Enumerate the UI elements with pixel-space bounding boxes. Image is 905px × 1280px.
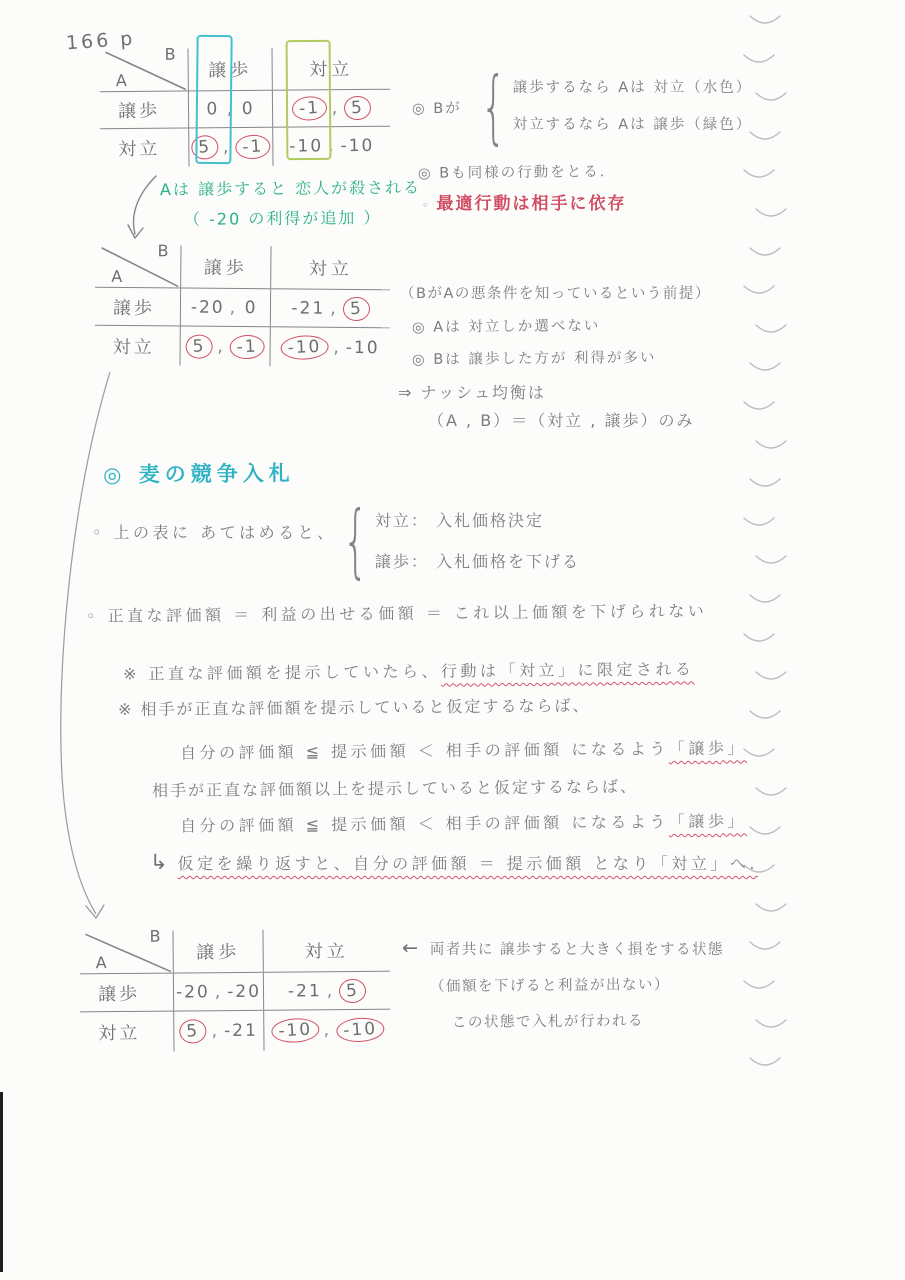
payoff-cell: -21,5 [270,289,390,327]
comma: , [215,982,223,1002]
page-curl-mark [748,709,782,728]
page-curl-mark [742,863,776,882]
col-header: 譲歩 [172,930,262,973]
note-premise: （BがAの悪条件を知っているという前提） [400,282,711,303]
payoff-value: -10 [335,1016,384,1043]
note-assume-above: 相手が正直な評価額以上を提示していると仮定するならば、 [152,774,638,801]
page-curl-mark [748,361,782,380]
payoff-value: -1 [235,134,271,160]
payoff-value: -21 [291,298,325,318]
inequality-concede: 「譲歩」 [669,812,747,832]
payoff-value: 5 [185,334,213,359]
payoff-cell: 5,-21 [173,1011,263,1052]
page-curl-mark [742,284,776,303]
payoff-cell: -20,-20 [173,973,263,1011]
payoff-value: -20 [176,982,210,1002]
row-header: 譲歩 [80,974,173,1012]
payoff-table-1: B A 譲歩 対立 譲歩 0,0 -1,5 対立 5,-1 -10,-10 [99,47,390,168]
note-honest-value: ◦ 正直な評価額 ＝ 利益の出せる価額 ＝ これ以上価額を下げられない [86,598,708,626]
note-both-lose-2: （価額を下げると利益が出ない） [430,973,670,996]
note-b-same: ◎ Bも同様の行動をとる. [418,160,607,183]
page-curl-mark [754,902,788,921]
payoff-value: -10 [280,334,329,360]
row-header: 対立 [100,128,188,167]
page-curl-mark [742,168,776,187]
bullet: ◦ [422,199,429,212]
corner-label-b: B [149,927,162,946]
page-curl-mark [754,91,788,110]
page-curl-mark [742,53,776,72]
notebook-page: 166 p B A 譲歩 対立 譲歩 0,0 -1,5 対立 5,-1 -10,… [0,0,905,1280]
payoff-value: -10 [270,1017,319,1044]
payoff-value: -1 [229,334,265,360]
payoff-value: -21 [224,1021,258,1041]
highlight-green-conflict-column [286,40,332,160]
brace-icon: { [480,71,505,143]
row-header: 譲歩 [100,91,188,128]
note-b-strategy-prefix: ◎ Bが [412,97,462,118]
payoff-table-3: B A 譲歩 対立 譲歩 -20,-20 -21,5 対立 5,-21 -10,… [79,929,390,1053]
note-conclusion-text: 仮定を繰り返すと、自分の評価額 ＝ 提示価額 となり「対立」へ. [178,854,758,873]
note-nash-line2: （A , B）＝（対立 , 譲歩）のみ [428,408,694,431]
note-both-lose-3: この状態で入札が行われる [452,1009,644,1032]
payoff-value: -10 [340,136,374,156]
corner-label-b: B [157,241,170,260]
page-curl-mark [748,477,782,496]
payoff-value: -10 [346,337,380,357]
comma: , [230,297,238,317]
comma: , [212,1021,220,1041]
page-curl-mark [748,246,782,265]
corner-label-a: A [111,267,124,286]
note-conclusion: ↳仮定を繰り返すと、自分の評価額 ＝ 提示価額 となり「対立」へ. [150,850,758,874]
page-curl-mark [748,1056,782,1075]
corner-label-b: B [164,45,177,64]
table-corner: B A [79,931,172,974]
page-curl-mark [748,593,782,612]
highlight-cyan-concede-column [195,35,232,164]
table-corner: B A [95,245,180,288]
comma: , [330,298,338,318]
page-curl-mark [742,400,776,419]
long-arc-arrow-icon [50,366,128,924]
note-star-2: ※ 相手が正直な評価額を提示していると仮定するならば、 [118,693,591,720]
note-apply-concede: 譲歩： 入札価格を下げる [375,541,580,582]
payoff-cell: 5,-1 [179,326,269,366]
page-curl-mark [742,632,776,651]
page-curl-mark [754,554,788,573]
page-curl-mark [748,825,782,844]
comma: , [332,98,340,118]
page-curl-mark [748,940,782,959]
page-curl-mark [748,14,782,33]
note-b-strategy-bottom: 対立するなら Aは 譲歩（緑色） [513,107,753,144]
corner-label-a: A [96,953,109,972]
payoff-table-2: B A 譲歩 対立 譲歩 -20,0 -21,5 対立 5,-1 -10,-10 [94,245,390,368]
note-apply-cases: { 対立： 入札価格決定 譲歩： 入札価格を下げる [330,500,580,582]
payoff-value: -20 [191,297,225,317]
page-curl-mark [754,786,788,805]
payoff-value: 5 [338,978,366,1004]
scan-edge-shadow [0,1092,3,1272]
note-star-1-underlined: 行動は「対立」に限定される [441,660,695,681]
note-b-prefer: ◎ Bは 譲歩した方が 利得が多い [412,346,657,369]
note-nash-line1: ⇒ ナッシュ均衡は [398,380,546,403]
note-optimal-text: 最適行動は相手に依存 [437,194,627,214]
corner-label-a: A [116,71,129,90]
page-curl-mark [748,130,782,149]
section-heading: ◎ 麦の競争入札 [103,457,295,489]
payoff-cell: -10,-10 [269,327,389,367]
table-corner: B A [99,48,187,91]
note-lover-penalty-1: Aは 譲歩すると 恋人が殺される [160,175,421,200]
payoff-value: 0 [242,297,260,317]
note-star-1-prefix: ※ 正直な評価額を提示していたら、 [123,662,441,684]
payoff-value: -21 [288,981,322,1001]
note-apply-conflict: 対立： 入札価格決定 [375,500,580,541]
page-curl-mark [742,979,776,998]
payoff-value: 5 [344,95,372,121]
page-curl-mark [742,747,776,766]
row-header: 譲歩 [95,288,180,326]
note-apply-prefix: ◦ 上の表に あてはめると、 [92,520,337,543]
note-inequality-2: 自分の評価額 ≦ 提示価額 ＜ 相手の評価額 になるよう「譲歩」 [180,809,747,837]
note-both-lose-1: ←両者共に 譲歩すると大きく損をする状態 [402,937,724,959]
payoff-cell: -20,0 [180,288,270,326]
inequality-text: 自分の評価額 ≦ 提示価額 ＜ 相手の評価額 になるよう [180,739,669,762]
page-curl-mark [742,516,776,535]
payoff-value: 0 [239,99,257,119]
payoff-value: 5 [179,1019,207,1045]
note-star-1: ※ 正直な評価額を提示していたら、行動は「対立」に限定される [123,657,695,685]
left-arrow-icon: ← [402,937,418,959]
page-curl-mark [754,1018,788,1037]
note-inequality-1: 自分の評価額 ≦ 提示価額 ＜ 相手の評価額 になるよう「譲歩」 [180,736,747,764]
note-b-strategy: ◎ Bが { 譲歩するなら Aは 対立（水色） 対立するなら Aは 譲歩（緑色） [412,70,752,144]
row-header: 対立 [94,326,179,366]
note-a-must: ◎ Aは 対立しか選べない [412,314,600,337]
note-both-lose-text: 両者共に 譲歩すると大きく損をする状態 [430,942,724,958]
payoff-cell: -10,-10 [263,1010,390,1051]
page-curl-mark [754,439,788,458]
arrow-down-icon [124,172,164,248]
comma: , [333,337,341,357]
inequality-concede: 「譲歩」 [669,739,747,759]
col-header: 対立 [262,929,389,972]
payoff-cell: -21,5 [263,972,390,1010]
note-lover-penalty-2: （ -20 の利得が追加 ） [184,205,382,230]
comma: , [324,1020,332,1040]
col-header: 譲歩 [180,245,270,288]
comma: , [327,981,335,1001]
note-optimal: ◦最適行動は相手に依存 [422,189,627,214]
payoff-value: 5 [342,296,370,321]
page-curl-mark [754,323,788,342]
payoff-value: -20 [227,981,261,1001]
page-curl-mark [754,670,788,689]
brace-icon: { [343,505,368,577]
inequality-text: 自分の評価額 ≦ 提示価額 ＜ 相手の評価額 になるよう [180,812,669,835]
col-header: 対立 [270,246,390,289]
page-curl-mark [754,207,788,226]
comma: , [217,336,225,356]
note-b-strategy-top: 譲歩するなら Aは 対立（水色） [513,70,753,107]
row-header: 対立 [80,1012,173,1053]
hook-arrow-icon: ↳ [150,850,168,874]
